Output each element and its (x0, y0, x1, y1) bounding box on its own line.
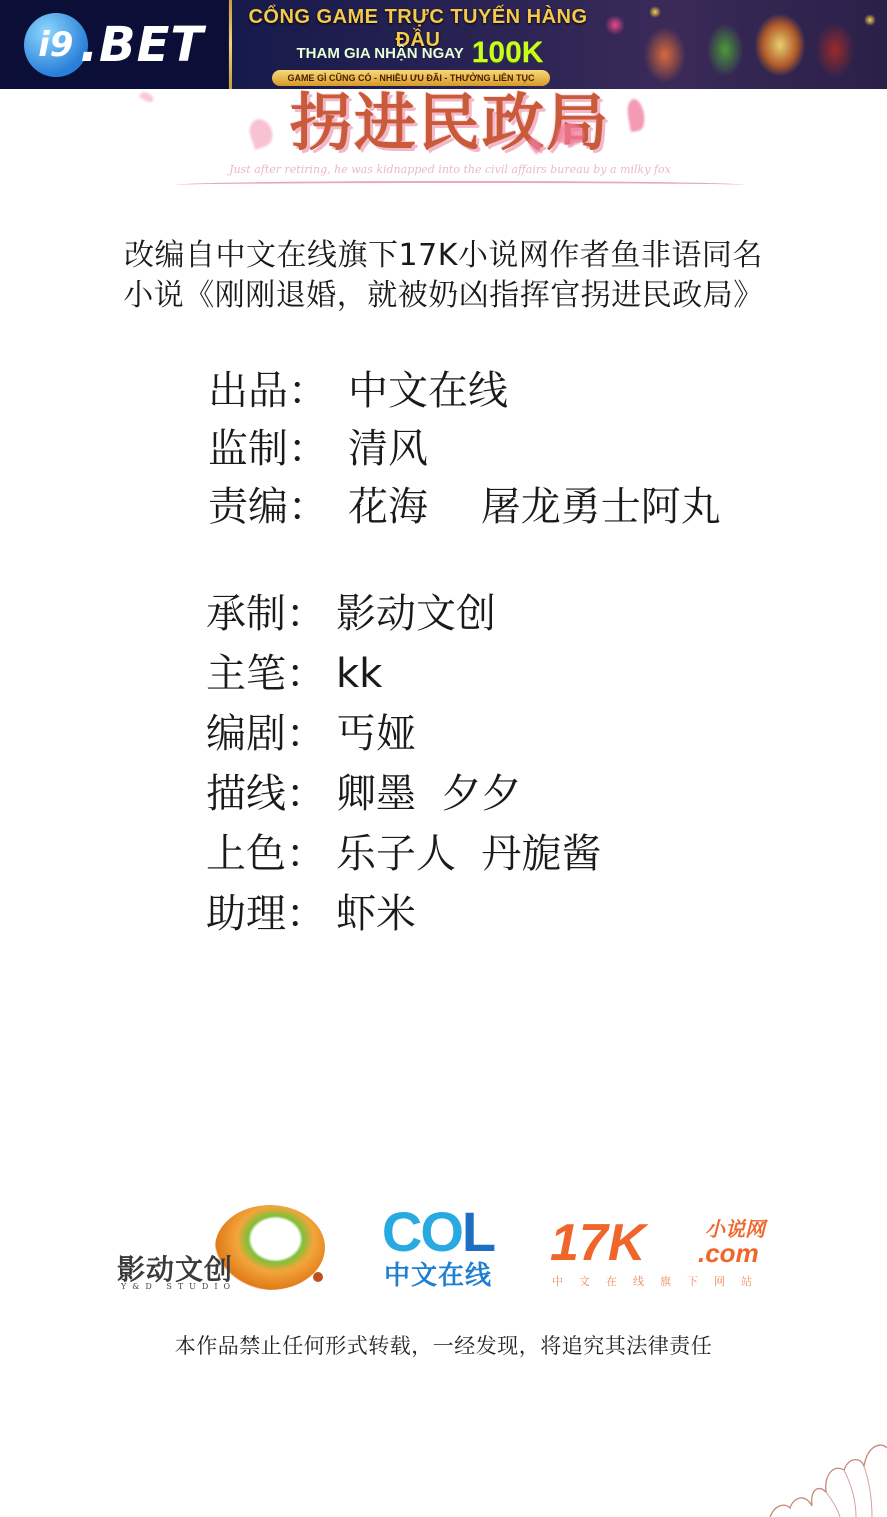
yd-dot-icon (313, 1272, 323, 1282)
credit-role: 编剧： (206, 704, 326, 764)
col-letter-l: L (462, 1200, 494, 1263)
yd-studio-logo: 影动文创 Y&D STUDIO (115, 1200, 330, 1295)
17k-domain: .com (698, 1239, 759, 1267)
col-letter-o: O (420, 1200, 462, 1263)
credit-row-lead-artist: 主笔： kk (206, 644, 601, 704)
credit-row-editor: 责编： 花海 屠龙勇士阿丸 (208, 478, 721, 536)
comic-title-english: Just after retiring, he was kidnapped in… (190, 163, 710, 176)
ad-divider (229, 0, 232, 89)
petal-icon (625, 98, 646, 132)
ad-game-characters-image (595, 0, 887, 89)
credits-publisher-group: 出品： 中文在线 监制： 清风 责编： 花海 屠龙勇士阿丸 (208, 362, 721, 536)
17k-mark: 17K (550, 1215, 645, 1271)
credit-role: 描线： (206, 764, 326, 824)
credit-row-lineart: 描线： 卿墨 夕夕 (206, 764, 601, 824)
credit-role: 责编： (208, 478, 328, 536)
credit-name: kk (336, 644, 382, 704)
credit-row-studio: 承制： 影动文创 (206, 584, 601, 644)
col-mark: COL (368, 1202, 508, 1262)
col-logo: COL 中文在线 (368, 1202, 508, 1297)
credit-row-assistant: 助理： 虾米 (206, 884, 601, 944)
adaptation-notice: 改编自中文在线旗下17K小说网作者鱼非语同名 小说《刚刚退婚，就被奶凶指挥官拐进… (0, 236, 887, 316)
ad-tagline-pill: GAME GÌ CŨNG CÓ - NHIỀU ƯU ĐÃI - THƯỞNG … (272, 70, 550, 86)
credit-name: 中文在线 (348, 362, 508, 420)
flower-doodle-icon (760, 1430, 887, 1517)
i9bet-logo[interactable]: i9 .BET (0, 0, 228, 89)
col-letter-c: C (382, 1200, 420, 1263)
col-name: 中文在线 (368, 1262, 508, 1290)
comic-title-art: 拐进民政局 Just after retiring, he was kidnap… (140, 89, 760, 204)
credit-name: 乐子人 丹旎酱 (336, 824, 601, 884)
ad-offer-amount: 100K (472, 36, 544, 70)
credit-name: 花海 屠龙勇士阿丸 (348, 478, 721, 536)
17k-logo: 17K 小说网 .com 中文在线旗下网站 (550, 1215, 790, 1295)
credit-row-producer: 出品： 中文在线 (208, 362, 721, 420)
17k-site-name: 小说网 (705, 1219, 765, 1239)
credit-row-writer: 编剧： 丐娅 (206, 704, 601, 764)
yd-studio-sub: Y&D STUDIO (121, 1282, 236, 1291)
credit-role: 监制： (208, 420, 328, 478)
ad-offer: THAM GIA NHẬN NGAY 100K (255, 36, 585, 70)
title-ribbon (175, 181, 745, 189)
17k-tagline: 中文在线旗下网站 (552, 1273, 768, 1289)
credit-name: 丐娅 (336, 704, 416, 764)
copyright-notice: 本作品禁止任何形式转载，一经发现，将追究其法律责任 (0, 1330, 887, 1360)
i9-badge-icon: i9 (24, 13, 88, 77)
petal-icon (139, 90, 155, 104)
credit-name: 影动文创 (336, 584, 496, 644)
credit-role: 主笔： (206, 644, 326, 704)
credit-role: 助理： (206, 884, 326, 944)
credit-name: 卿墨 夕夕 (336, 764, 521, 824)
credit-row-coloring: 上色： 乐子人 丹旎酱 (206, 824, 601, 884)
adaptation-line-1: 改编自中文在线旗下17K小说网作者鱼非语同名 (0, 236, 887, 276)
petal-icon (246, 116, 276, 150)
adaptation-line-2: 小说《刚刚退婚，就被奶凶指挥官拐进民政局》 (0, 276, 887, 316)
credit-name: 清风 (348, 420, 428, 478)
credit-row-supervisor: 监制： 清风 (208, 420, 721, 478)
credit-role: 出品： (208, 362, 328, 420)
partner-logos: 影动文创 Y&D STUDIO COL 中文在线 17K 小说网 .com 中文… (0, 1200, 887, 1300)
credits-studio-group: 承制： 影动文创 主笔： kk 编剧： 丐娅 描线： 卿墨 夕夕 上色： 乐子人… (206, 584, 601, 944)
credit-role: 承制： (206, 584, 326, 644)
credit-role: 上色： (206, 824, 326, 884)
ad-banner[interactable]: i9 .BET CỔNG GAME TRỰC TUYẾN HÀNG ĐẦU TH… (0, 0, 887, 89)
brand-suffix: .BET (80, 17, 204, 73)
ad-offer-text: THAM GIA NHẬN NGAY (297, 45, 464, 62)
credit-name: 虾米 (336, 884, 416, 944)
